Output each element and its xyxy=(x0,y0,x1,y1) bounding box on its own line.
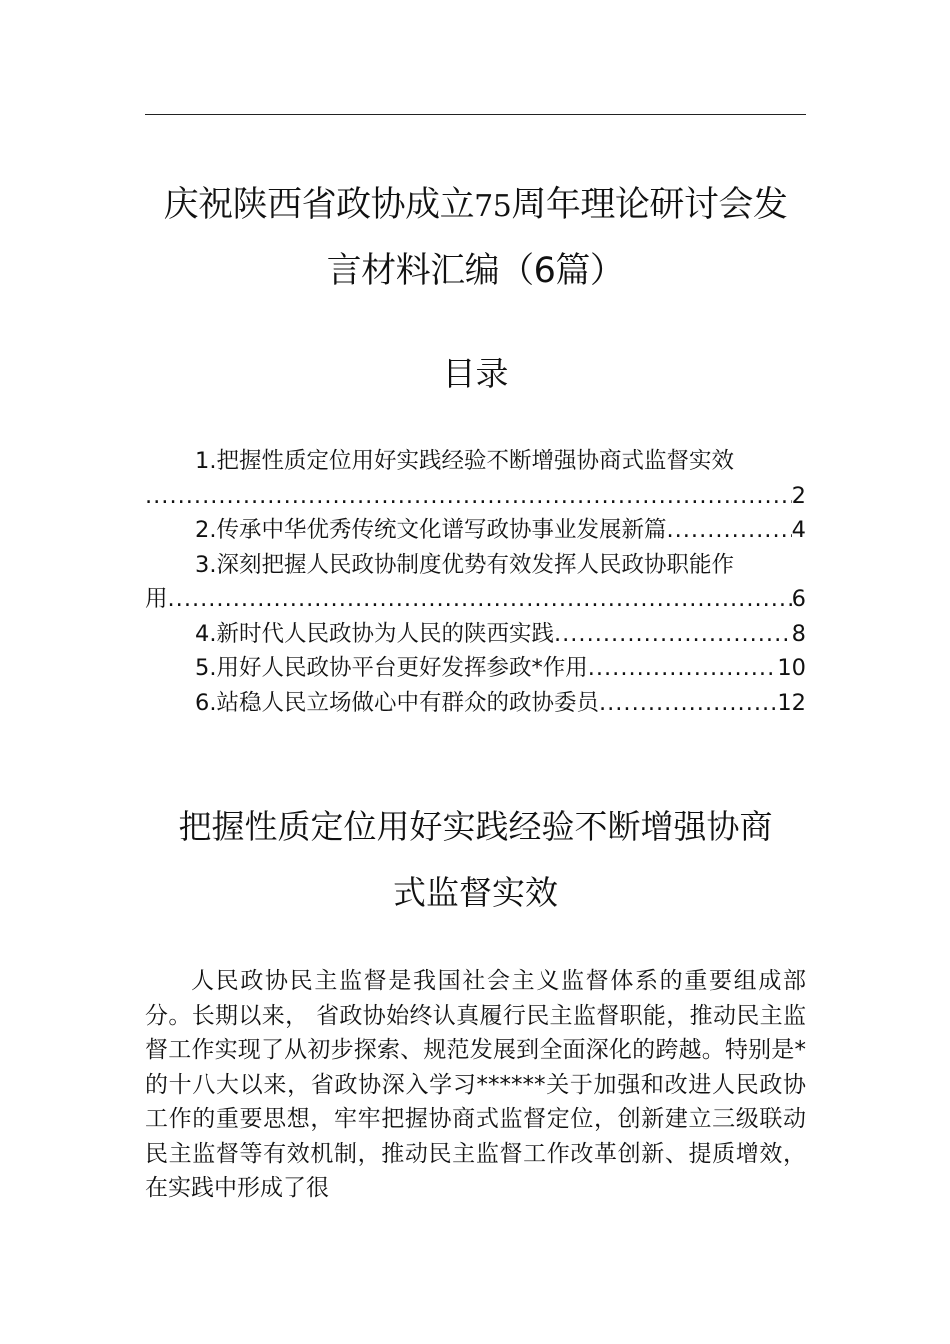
document-title-line-2: 言材料汇编（6篇） xyxy=(145,238,806,304)
toc-entry-3[interactable]: 3.深刻把握人民政协制度优势有效发挥人民政协职能作 xyxy=(145,548,806,583)
toc-entry-text[interactable]: 5.用好人民政协平台更好发挥参政*作用 xyxy=(195,651,588,686)
toc-entry-text: 用 xyxy=(145,582,168,617)
toc-page-number: 10 xyxy=(777,651,806,686)
toc-entry-1[interactable]: 1.把握性质定位用好实践经验不断增强协商式监督实效 xyxy=(145,444,806,479)
toc-dot-leader: ........................................… xyxy=(168,582,792,617)
toc-page-number: 6 xyxy=(792,582,806,617)
toc-entry-4[interactable]: 4.新时代人民政协为人民的陕西实践 ......................… xyxy=(145,617,806,652)
toc-page-number: 2 xyxy=(792,479,806,514)
toc-dot-leader: ........................................… xyxy=(666,513,791,548)
section-title-line-2: 式监督实效 xyxy=(145,860,806,926)
toc-entry-text[interactable]: 3.深刻把握人民政协制度优势有效发挥人民政协职能作 xyxy=(195,548,734,583)
toc-entry-1-leader[interactable]: ........................................… xyxy=(145,479,806,514)
toc-page-number: 12 xyxy=(777,686,806,721)
toc-page-number: 8 xyxy=(792,617,806,652)
document-title-line-1: 庆祝陕西省政协成立75周年理论研讨会发 xyxy=(145,172,806,240)
toc-dot-leader: ........................................… xyxy=(554,617,792,652)
toc-heading: 目录 xyxy=(145,346,806,402)
toc-dot-leader: ........................................… xyxy=(599,686,777,721)
title-text: 周年理论研讨会发 xyxy=(511,185,787,225)
toc-entry-3-leader[interactable]: 用 ......................................… xyxy=(145,582,806,617)
table-of-contents: 1.把握性质定位用好实践经验不断增强协商式监督实效 ..............… xyxy=(145,444,806,720)
toc-dot-leader: ........................................… xyxy=(145,479,792,514)
toc-entry-6[interactable]: 6.站稳人民立场做心中有群众的政协委员 ....................… xyxy=(145,686,806,721)
toc-page-number: 4 xyxy=(792,513,806,548)
title-text: 庆祝陕西省政协成立 xyxy=(164,185,475,225)
header-rule xyxy=(145,114,806,115)
title-number: 75 xyxy=(474,189,511,224)
toc-entry-2[interactable]: 2.传承中华优秀传统文化谱写政协事业发展新篇 .................… xyxy=(145,513,806,548)
section-body: 人民政协民主监督是我国社会主义监督体系的重要组成部分。长期以来， 省政协始终认真… xyxy=(145,964,806,1206)
toc-entry-text[interactable]: 4.新时代人民政协为人民的陕西实践 xyxy=(195,617,554,652)
toc-entry-text[interactable]: 2.传承中华优秀传统文化谱写政协事业发展新篇 xyxy=(195,513,666,548)
toc-dot-leader: ........................................… xyxy=(588,651,778,686)
body-paragraph: 人民政协民主监督是我国社会主义监督体系的重要组成部分。长期以来， 省政协始终认真… xyxy=(145,964,806,1206)
toc-entry-text[interactable]: 1.把握性质定位用好实践经验不断增强协商式监督实效 xyxy=(195,444,734,479)
section-title-line-1: 把握性质定位用好实践经验不断增强协商 xyxy=(145,794,806,860)
toc-entry-text[interactable]: 6.站稳人民立场做心中有群众的政协委员 xyxy=(195,686,599,721)
toc-entry-5[interactable]: 5.用好人民政协平台更好发挥参政*作用 ....................… xyxy=(145,651,806,686)
